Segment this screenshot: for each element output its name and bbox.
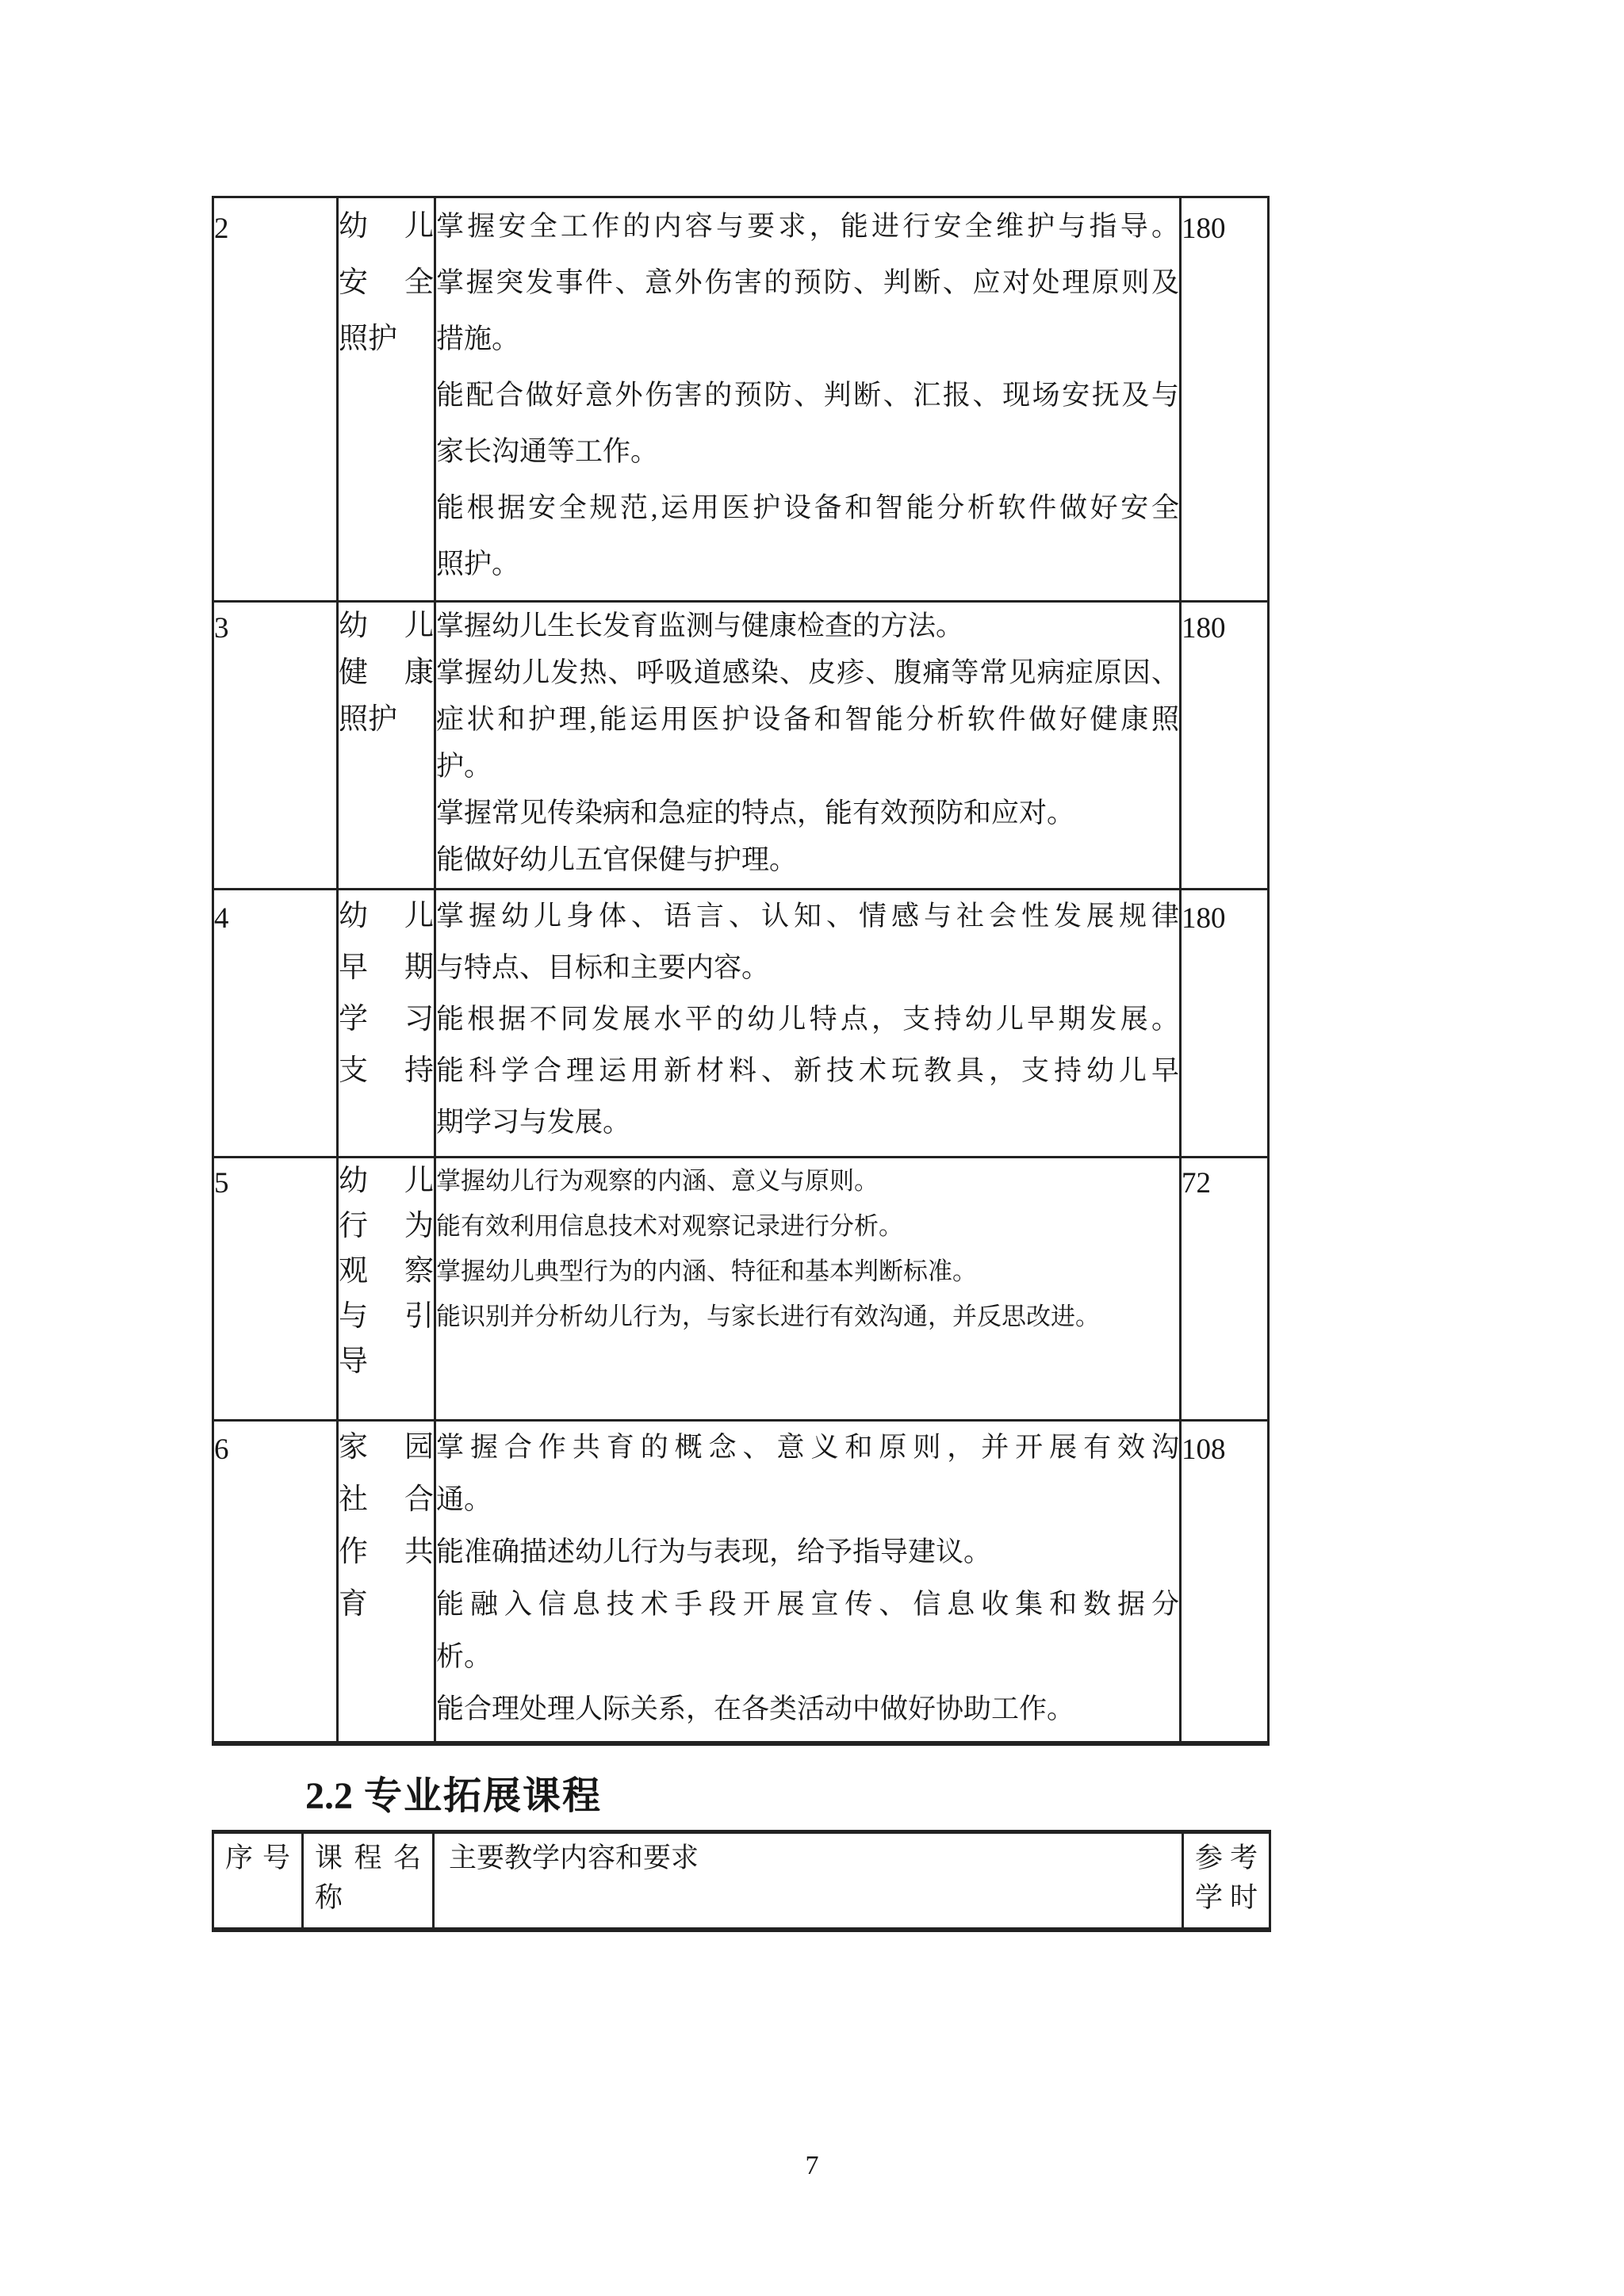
course-content-cell: 掌握幼儿生长发育监测与健康检查的方法。掌握幼儿发热、呼吸道感染、皮疹、腹痛等常见… (435, 602, 1181, 890)
content-line: 与特点、目标和主要内容。 (436, 942, 1179, 993)
course-number: 3 (214, 603, 336, 652)
course-name-cell: 幼儿行为观察与引导 (338, 1158, 435, 1421)
course-hours-value: 180 (1182, 890, 1267, 944)
content-line: 能根据不同发展水平的幼儿特点，支持幼儿早期发展。 (436, 993, 1179, 1045)
content-line: 照护。 (436, 536, 1179, 592)
course-name-cell: 幼儿安全照护 (338, 197, 435, 602)
course-name-line: 照护 (339, 696, 434, 743)
course-no-cell: 4 (213, 890, 338, 1158)
content-line: 家长沟通等工作。 (436, 423, 1179, 480)
course-number: 4 (214, 890, 336, 944)
course-name-line: 安全 (339, 254, 434, 311)
content-line: 能识别并分析幼儿行为，与家长进行有效沟通，并反思改进。 (436, 1294, 1179, 1339)
course-name-line: 作共 (339, 1526, 434, 1578)
section-title: 专业拓展课程 (364, 1775, 602, 1817)
header-hours-cell: 参考学时 (1183, 1832, 1270, 1931)
expansion-header-row: 序号 课程名称 主要教学内容和要求 参考学时 (213, 1832, 1270, 1931)
course-number: 6 (214, 1422, 336, 1476)
content-line: 掌握突发事件、意外伤害的预防、判断、应对处理原则及 (436, 254, 1179, 311)
header-hours-line: 学时 (1195, 1878, 1258, 1918)
course-hours-value: 180 (1182, 603, 1267, 652)
header-content-cell: 主要教学内容和要求 (434, 1832, 1183, 1931)
content-line: 能科学合理运用新材料、新技术玩教具，支持幼儿早 (436, 1045, 1179, 1096)
content-line: 能准确描述幼儿行为与表现，给予指导建议。 (436, 1526, 1179, 1578)
content-line: 症状和护理,能运用医护设备和智能分析软件做好健康照 (436, 696, 1179, 743)
content-line: 掌握幼儿身体、语言、认知、情感与社会性发展规律 (436, 890, 1179, 942)
header-hours-line: 参考 (1195, 1839, 1258, 1878)
course-content-cell: 掌握幼儿身体、语言、认知、情感与社会性发展规律与特点、目标和主要内容。能根据不同… (435, 890, 1181, 1158)
course-no-cell: 6 (213, 1421, 338, 1743)
content-line: 通。 (436, 1474, 1179, 1526)
course-row: 3幼儿健康照护掌握幼儿生长发育监测与健康检查的方法。掌握幼儿发热、呼吸道感染、皮… (213, 602, 1269, 890)
course-hours-value: 108 (1182, 1422, 1267, 1476)
course-name-line: 导 (339, 1339, 434, 1384)
section-heading: 2.2专业拓展课程 (305, 1765, 602, 1820)
course-no-cell: 3 (213, 602, 338, 890)
content-line: 能根据安全规范,运用医护设备和智能分析软件做好安全 (436, 480, 1179, 536)
document-page: 2幼儿安全照护掌握安全工作的内容与要求，能进行安全维护与指导。掌握突发事件、意外… (0, 0, 1624, 2296)
header-no-cell: 序号 (213, 1832, 303, 1931)
course-name-cell: 幼儿早期学习支持 (338, 890, 435, 1158)
page-number: 7 (0, 2150, 1624, 2182)
course-hours-cell: 72 (1181, 1158, 1269, 1421)
course-row: 4幼儿早期学习支持掌握幼儿身体、语言、认知、情感与社会性发展规律与特点、目标和主… (213, 890, 1269, 1158)
content-line: 能合理处理人际关系，在各类活动中做好协助工作。 (436, 1683, 1179, 1735)
course-name-line: 幼儿 (339, 1158, 434, 1203)
expansion-table: 序号 课程名称 主要教学内容和要求 参考学时 (212, 1830, 1271, 1932)
header-course-name-line: 课程名 (315, 1839, 421, 1878)
header-content-label: 主要教学内容和要求 (449, 1839, 1170, 1878)
course-name-cell: 家园社合作共育 (338, 1421, 435, 1743)
course-name-line: 行为 (339, 1203, 434, 1249)
content-line: 掌握幼儿行为观察的内涵、意义与原则。 (436, 1158, 1179, 1203)
course-number: 2 (214, 198, 336, 257)
course-name-line: 与引 (339, 1294, 434, 1339)
header-course-name-line: 称 (315, 1878, 421, 1918)
course-content-cell: 掌握安全工作的内容与要求，能进行安全维护与指导。掌握突发事件、意外伤害的预防、判… (435, 197, 1181, 602)
course-hours-value: 72 (1182, 1158, 1267, 1206)
course-name-line: 早期 (339, 942, 434, 993)
course-hours-cell: 180 (1181, 890, 1269, 1158)
content-line: 期学习与发展。 (436, 1096, 1179, 1148)
course-name-line: 幼儿 (339, 890, 434, 942)
course-hours-cell: 108 (1181, 1421, 1269, 1743)
header-course-name-cell: 课程名称 (303, 1832, 434, 1931)
content-line: 能有效利用信息技术对观察记录进行分析。 (436, 1203, 1179, 1249)
course-number: 5 (214, 1158, 336, 1206)
content-line: 掌握幼儿典型行为的内涵、特征和基本判断标准。 (436, 1249, 1179, 1294)
content-line: 护。 (436, 743, 1179, 790)
content-line: 能做好幼儿五官保健与护理。 (436, 836, 1179, 883)
course-no-cell: 5 (213, 1158, 338, 1421)
course-hours-cell: 180 (1181, 197, 1269, 602)
course-hours-value: 180 (1182, 198, 1267, 257)
course-name-line: 支持 (339, 1045, 434, 1096)
course-name-line: 幼儿 (339, 603, 434, 649)
course-no-cell: 2 (213, 197, 338, 602)
content-line: 掌握合作共育的概念、意义和原则，并开展有效沟 (436, 1422, 1179, 1474)
courses-table: 2幼儿安全照护掌握安全工作的内容与要求，能进行安全维护与指导。掌握突发事件、意外… (212, 196, 1270, 1746)
content-line: 能融入信息技术手段开展宣传、信息收集和数据分 (436, 1578, 1179, 1631)
course-content-cell: 掌握合作共育的概念、意义和原则，并开展有效沟通。能准确描述幼儿行为与表现，给予指… (435, 1421, 1181, 1743)
course-name-cell: 幼儿健康照护 (338, 602, 435, 890)
course-name-line: 学习 (339, 993, 434, 1045)
course-name-line: 幼儿 (339, 198, 434, 254)
course-name-line: 照护 (339, 311, 434, 367)
content-line: 掌握安全工作的内容与要求，能进行安全维护与指导。 (436, 198, 1179, 254)
section-number: 2.2 (305, 1775, 353, 1817)
content-line: 掌握常见传染病和急症的特点，能有效预防和应对。 (436, 790, 1179, 836)
course-name-line: 社合 (339, 1474, 434, 1526)
content-line: 掌握幼儿发热、呼吸道感染、皮疹、腹痛等常见病症原因、 (436, 649, 1179, 696)
course-name-line: 观察 (339, 1249, 434, 1294)
header-no-label: 序号 (225, 1839, 290, 1878)
course-row: 6家园社合作共育掌握合作共育的概念、意义和原则，并开展有效沟通。能准确描述幼儿行… (213, 1421, 1269, 1743)
course-name-line: 家园 (339, 1422, 434, 1474)
content-line: 掌握幼儿生长发育监测与健康检查的方法。 (436, 603, 1179, 649)
course-row: 5幼儿行为观察与引导掌握幼儿行为观察的内涵、意义与原则。能有效利用信息技术对观察… (213, 1158, 1269, 1421)
course-row: 2幼儿安全照护掌握安全工作的内容与要求，能进行安全维护与指导。掌握突发事件、意外… (213, 197, 1269, 602)
course-name-line: 健康 (339, 649, 434, 696)
course-name-line: 育 (339, 1578, 434, 1631)
content-line: 措施。 (436, 311, 1179, 367)
course-content-cell: 掌握幼儿行为观察的内涵、意义与原则。能有效利用信息技术对观察记录进行分析。掌握幼… (435, 1158, 1181, 1421)
content-line: 析。 (436, 1631, 1179, 1683)
content-line: 能配合做好意外伤害的预防、判断、汇报、现场安抚及与 (436, 367, 1179, 423)
courses-table-body: 2幼儿安全照护掌握安全工作的内容与要求，能进行安全维护与指导。掌握突发事件、意外… (213, 197, 1269, 1743)
course-hours-cell: 180 (1181, 602, 1269, 890)
